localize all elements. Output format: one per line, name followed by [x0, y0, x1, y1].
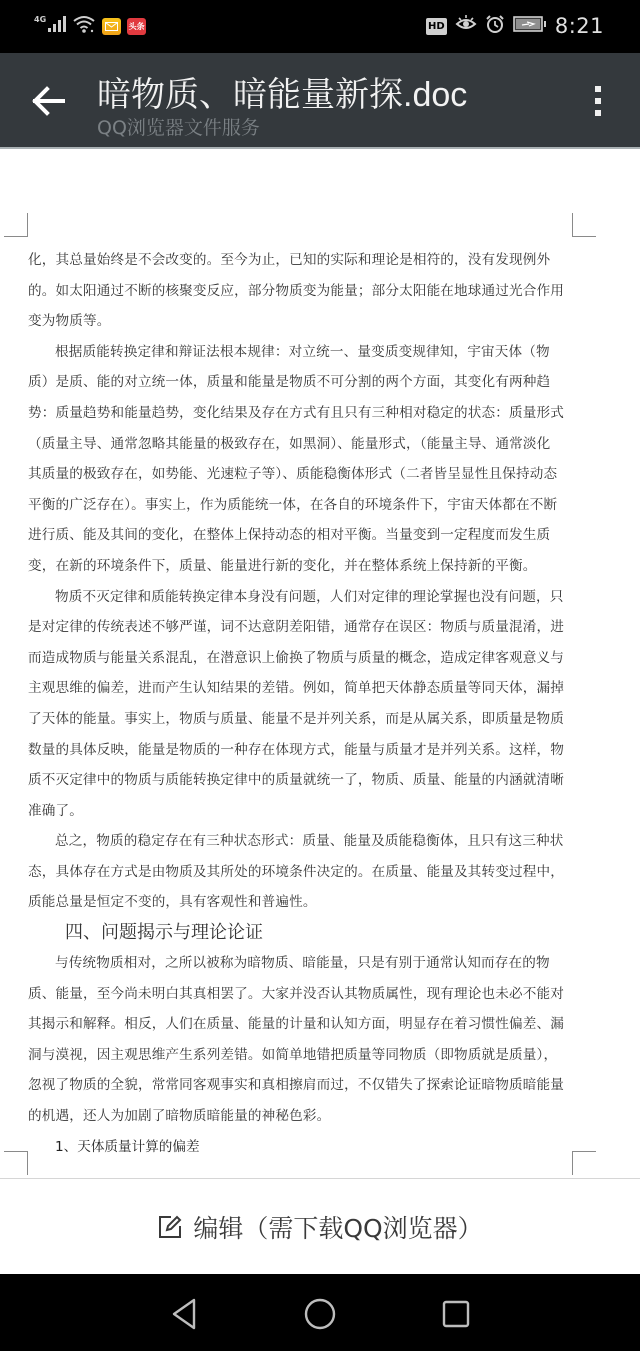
more-options-button[interactable]	[586, 79, 610, 123]
document-title: 暗物质、暗能量新探.doc	[97, 67, 467, 116]
more-dot-icon	[595, 86, 601, 92]
text-line: 质、能量，至今尚未明白其真相罢了。大家并没否认其物质属性，现有理论也未必不能对	[28, 979, 566, 1010]
text-line: 变为物质等。	[28, 306, 566, 337]
subsection-heading: 1、天体质量计算的偏差	[28, 1132, 566, 1162]
system-navigation-bar	[0, 1274, 640, 1351]
nav-recents-button[interactable]	[434, 1292, 478, 1336]
mail-app-icon	[102, 18, 121, 35]
network-type-label: 4G	[34, 15, 46, 24]
text-line: 数量的具体反映，能量是物质的一种存在体现方式，能量与质量才是并列关系。这样，物	[28, 735, 566, 766]
square-recents-icon	[441, 1299, 471, 1329]
status-bar: 4G 头条 HD 8:21	[0, 0, 640, 53]
edit-button[interactable]: 编辑（需下载QQ浏览器）	[157, 1209, 482, 1245]
app-header: 暗物质、暗能量新探.doc QQ浏览器文件服务	[0, 53, 640, 149]
edit-icon	[157, 1214, 183, 1240]
bottom-action-bar: 编辑（需下载QQ浏览器）	[0, 1178, 640, 1274]
document-viewer[interactable]: 化，其总量始终是不会改变的。至今为止，已知的实际和理论是相符的，没有发现例外 的…	[0, 151, 640, 1178]
nav-home-button[interactable]	[298, 1292, 342, 1336]
status-bar-left: 4G 头条	[34, 13, 146, 39]
text-line: 准确了。	[28, 796, 566, 827]
text-line: 与传统物质相对，之所以被称为暗物质、暗能量，只是有别于通常认知而存在的物	[28, 948, 566, 979]
text-line: 变，在新的环境条件下，质量、能量进行新的变化，并在整体系统上保持新的平衡。	[28, 551, 566, 582]
page-corner-mark	[4, 1151, 28, 1175]
news-app-icon: 头条	[127, 18, 146, 35]
section-heading: 四、问题揭示与理论论证	[28, 918, 566, 948]
page-corner-mark	[4, 213, 28, 237]
clock: 8:21	[555, 14, 604, 38]
status-bar-right: HD 8:21	[426, 12, 604, 40]
page-corner-mark	[572, 213, 596, 237]
battery-icon	[513, 16, 547, 36]
text-line: 根据质能转换定律和辩证法根本规律：对立统一、量变质变规律知，宇宙天体（物	[28, 337, 566, 368]
text-line: 总之，物质的稳定存在有三种状态形式：质量、能量及质能稳衡体，且只有这三种状	[28, 826, 566, 857]
page-corner-mark	[572, 1151, 596, 1175]
text-line: 的机遇，还人为加剧了暗物质暗能量的神秘色彩。	[28, 1101, 566, 1132]
text-line: 忽视了物质的全貌，常常同客观事实和真相擦肩而过，不仅错失了探索论证暗物质暗能量	[28, 1070, 566, 1101]
arrow-left-icon	[31, 86, 65, 116]
text-line: 洞与漠视，因主观思维产生系列差错。如简单地错把质量等同物质（即物质就是质量），	[28, 1040, 566, 1071]
eye-comfort-icon	[455, 15, 477, 37]
text-line: 而造成物质与能量关系混乱，在潜意识上偷换了物质与质量的概念，造成定律客观意义与	[28, 643, 566, 674]
wifi-icon	[72, 15, 96, 37]
text-line: 质不灭定律中的物质与质能转换定律中的质量就统一了，物质、质量、能量的内涵就清晰	[28, 765, 566, 796]
hd-icon: HD	[426, 18, 447, 35]
alarm-icon	[485, 14, 505, 38]
more-dot-icon	[595, 98, 601, 104]
text-line: 平衡的广泛存在）。事实上，作为质能统一体，在各自的环境条件下，宇宙天体都在不断	[28, 490, 566, 521]
document-subtitle: QQ浏览器文件服务	[97, 113, 260, 140]
signal-icon	[48, 16, 66, 36]
nav-back-button[interactable]	[162, 1292, 206, 1336]
back-button[interactable]	[24, 77, 72, 125]
more-dot-icon	[595, 110, 601, 116]
text-line: 势：质量趋势和能量趋势，变化结果及存在方式有且只有三种相对稳定的状态：质量形式	[28, 398, 566, 429]
text-line: 的。如太阳通过不断的核聚变反应，部分物质变为能量；部分太阳能在地球通过光合作用	[28, 276, 566, 307]
text-line: 其揭示和解释。相反，人们在质量、能量的计量和认知方面，明显存在着习惯性偏差、漏	[28, 1009, 566, 1040]
text-line: 主观思维的偏差，进而产生认知结果的差错。例如，简单把天体静态质量等同天体，漏掉	[28, 673, 566, 704]
circle-home-icon	[303, 1297, 337, 1331]
text-line: 进行质、能及其间的变化，在整体上保持动态的相对平衡。当量变到一定程度而发生质	[28, 520, 566, 551]
document-body: 化，其总量始终是不会改变的。至今为止，已知的实际和理论是相符的，没有发现例外 的…	[28, 245, 566, 1162]
text-line: 态，具体存在方式是由物质及其所处的环境条件决定的。在质量、能量及其转变过程中，	[28, 857, 566, 888]
text-line: 质能总量是恒定不变的，具有客观性和普遍性。	[28, 887, 566, 918]
text-line: （质量主导、通常忽略其能量的极致存在，如黑洞）、能量形式，（能量主导、通常淡化	[28, 429, 566, 460]
edit-button-label: 编辑（需下载QQ浏览器）	[193, 1209, 482, 1245]
text-line: 是对定律的传统表述不够严谨，词不达意阴差阳错，通常存在误区：物质与质量混淆，进	[28, 612, 566, 643]
text-line: 质）是质、能的对立统一体，质量和能量是物质不可分割的两个方面，其变化有两种趋	[28, 367, 566, 398]
triangle-back-icon	[169, 1297, 199, 1331]
text-line: 其质量的极致存在，如势能、光速粒子等）、质能稳衡体形式（二者皆呈显性且保持动态	[28, 459, 566, 490]
text-line: 了天体的能量。事实上，物质与质量、能量不是并列关系，而是从属关系，即质量是物质	[28, 704, 566, 735]
text-line: 化，其总量始终是不会改变的。至今为止，已知的实际和理论是相符的，没有发现例外	[28, 245, 566, 276]
text-line: 物质不灭定律和质能转换定律本身没有问题，人们对定律的理论掌握也没有问题，只	[28, 582, 566, 613]
